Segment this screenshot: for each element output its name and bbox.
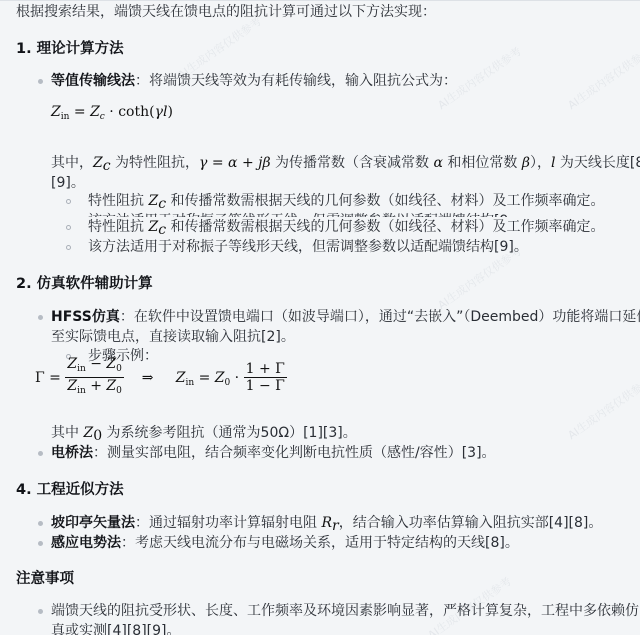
item-label: 等值传输线法: [51, 73, 135, 89]
list-item-hfss-cont: 至实际馈电点，直接读取输入阻抗[2]。: [51, 327, 295, 347]
section-heading-theory: 1. 理论计算方法: [16, 37, 124, 58]
bullet-dot: [38, 79, 43, 84]
intro-text: 根据搜索结果，端馈天线在馈电点的阻抗计算可通过以下方法实现：: [16, 2, 436, 22]
sub-bullet-circle: [66, 225, 71, 230]
notes-text-cont: 真或实测[4][8][9]。: [51, 621, 181, 635]
sub-bullet-circle: [66, 199, 71, 204]
notes-text: 端馈天线的阻抗受形状、长度、工作频率及环境因素影响显著，严格计算复杂，工程中多依…: [51, 601, 639, 621]
sub-bullet-circle: [66, 245, 71, 250]
watermark: AI生成内容仅供参考: [564, 373, 640, 443]
list-item-induced-emf: 感应电势法：考虑天线电流分布与电磁场关系，适用于特定结构的天线[8]。: [51, 533, 519, 553]
formula-explanation: 其中，Zc 为特性阻抗，γ = α + jβ 为传播常数（含衰减常数 α 和相位…: [51, 153, 640, 176]
section-heading-simulation: 2. 仿真软件辅助计算: [16, 272, 153, 293]
bullet-dot: [38, 451, 43, 456]
sub-item-applicability: 该方法适用于对称振子等线形天线，但需调整参数以适配端馈结构[9]。: [88, 237, 528, 257]
list-item-hfss: HFSS仿真：在软件中设置馈电端口（如波导端口），通过“去嵌入”（Deembed…: [51, 307, 640, 327]
watermark: AI生成内容仅供参考: [564, 43, 640, 113]
bullet-dot: [38, 521, 43, 526]
list-item-bridge-method: 电桥法：测量实部电阻，结合频率变化判断电抗性质（感性/容性）[3]。: [51, 443, 496, 463]
item-text: ：将端馈天线等效为有耗传输线，输入阻抗公式为：: [135, 73, 457, 89]
bullet-dot: [38, 315, 43, 320]
section-heading-engineering: 4. 工程近似方法: [16, 478, 124, 499]
answer-document: AI生成内容仅供参考 AI生成内容仅供参考 AI生成内容仅供参考 AI生成内容仅…: [0, 0, 640, 635]
list-item-transmission-line: 等值传输线法：将端馈天线等效为有耗传输线，输入阻抗公式为：: [51, 71, 457, 91]
formula-explanation-cont: [9]。: [51, 173, 85, 193]
formula-input-impedance: Zin = Zc · coth(γl): [51, 104, 173, 122]
formula-reflection-coefficient: Γ = Zin − Z0Zin + Z0 ⇒ Zin = Z0 · 1 + Γ1…: [35, 356, 287, 400]
section-heading-notes: 注意事项: [16, 567, 74, 588]
bullet-dot: [38, 541, 43, 546]
bullet-dot: [38, 609, 43, 614]
